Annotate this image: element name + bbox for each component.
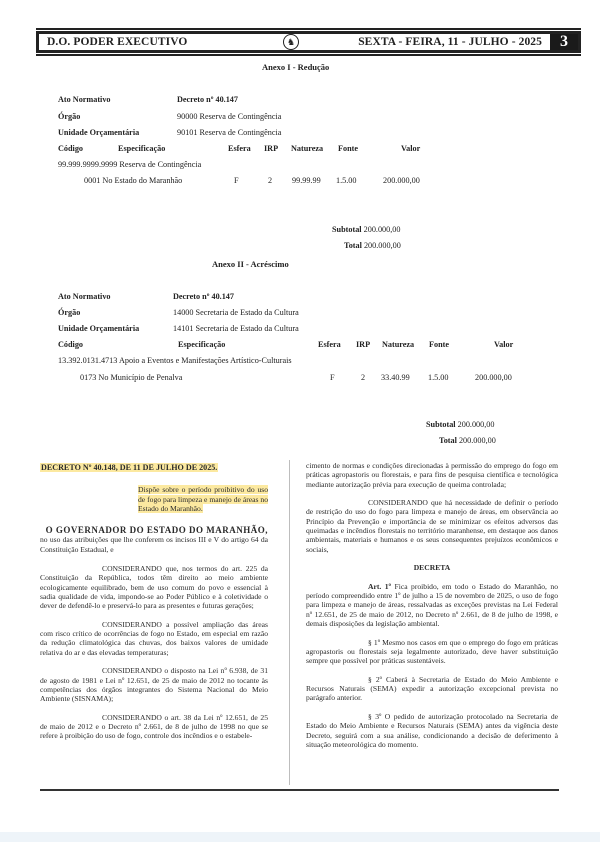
col-codigo: Código bbox=[58, 144, 83, 153]
paragraph-1: § 1º Mesmo nos casos em que o emprego do… bbox=[306, 638, 558, 666]
annex-2-ato-label: Ato Normativo bbox=[58, 292, 111, 301]
paragraph-3: § 3º O pedido de autorização protocolado… bbox=[306, 712, 558, 749]
annex-2-total: Total 200.000,00 bbox=[439, 436, 496, 445]
annex-2-title: Anexo II - Acréscimo bbox=[212, 259, 289, 269]
decree-title: DECRETO Nº 40.148, DE 11 DE JULHO DE 202… bbox=[40, 463, 218, 472]
subtotal-label: Subtotal bbox=[426, 420, 456, 429]
annex-1-subtotal: Subtotal 200.000,00 bbox=[332, 225, 400, 234]
row-esfera: F bbox=[234, 176, 239, 185]
governor-intro: no uso das atribuições que lhe conferem … bbox=[40, 535, 268, 553]
annex-1-orgao-value: 90000 Reserva de Contingência bbox=[177, 112, 281, 121]
page-header: D.O. PODER EXECUTIVO ♞ SEXTA - FEIRA, 11… bbox=[36, 31, 581, 53]
annex-2-unidade-value: 14101 Secretaria de Estado da Cultura bbox=[173, 324, 299, 333]
viewer-background bbox=[0, 832, 600, 842]
annex-2-ato-value: Decreto nº 40.147 bbox=[173, 292, 234, 301]
subtotal-value: 200.000,00 bbox=[458, 420, 495, 429]
col-codigo: Código bbox=[58, 340, 83, 349]
page-number: 3 bbox=[550, 34, 578, 50]
decree-left-column: DECRETO Nº 40.148, DE 11 DE JULHO DE 202… bbox=[40, 463, 268, 750]
col-fonte: Fonte bbox=[338, 144, 358, 153]
article-1-text: Fica proibido, em todo o Estado do Maran… bbox=[306, 582, 558, 628]
annex-2-group-line: 13.392.0131.4713 Apoio a Eventos e Manif… bbox=[58, 356, 292, 365]
considerando-3: CONSIDERANDO o disposto na Lei nº 6.938,… bbox=[40, 666, 268, 703]
considerando-1: CONSIDERANDO que, nos termos do art. 225… bbox=[40, 564, 268, 610]
decree-ementa: Dispõe sobre o período proibitivo do uso… bbox=[138, 485, 268, 513]
considerando-4-continuation: cimento de normas e condições direcionad… bbox=[306, 461, 558, 489]
annex-1-group-line: 99.999.9999.9999 Reserva de Contingência bbox=[58, 160, 201, 169]
col-especificacao: Especificação bbox=[118, 144, 165, 153]
annex-1-ato-value: Decreto nº 40.147 bbox=[177, 95, 238, 104]
row-irp: 2 bbox=[268, 176, 272, 185]
col-fonte: Fonte bbox=[429, 340, 449, 349]
subtotal-value: 200.000,00 bbox=[364, 225, 401, 234]
col-especificacao: Especificação bbox=[178, 340, 225, 349]
annex-1-ato-label: Ato Normativo bbox=[58, 95, 111, 104]
column-divider bbox=[289, 460, 290, 785]
row-esfera: F bbox=[330, 373, 335, 382]
row-valor: 200.000,00 bbox=[383, 176, 420, 185]
total-value: 200.000,00 bbox=[364, 241, 401, 250]
total-label: Total bbox=[344, 241, 362, 250]
col-valor: Valor bbox=[494, 340, 513, 349]
col-irp: IRP bbox=[356, 340, 370, 349]
row-fonte: 1.5.00 bbox=[428, 373, 448, 382]
col-natureza: Natureza bbox=[291, 144, 323, 153]
decree-right-column: cimento de normas e condições direcionad… bbox=[306, 461, 558, 759]
row-especificacao: 0173 No Município de Penalva bbox=[80, 373, 182, 382]
col-esfera: Esfera bbox=[228, 144, 251, 153]
considerando-4: CONSIDERANDO o art. 38 da Lei nº 12.651,… bbox=[40, 713, 268, 741]
decreta-heading: DECRETA bbox=[306, 563, 558, 572]
annex-1-total: Total 200.000,00 bbox=[344, 241, 401, 250]
col-valor: Valor bbox=[401, 144, 420, 153]
annex-2-subtotal: Subtotal 200.000,00 bbox=[426, 420, 494, 429]
row-natureza: 33.40.99 bbox=[381, 373, 410, 382]
considerando-5: CONSIDERANDO que há necessidade de defin… bbox=[306, 498, 558, 554]
paragraph-2: § 2º Caberá à Secretaria de Estado do Me… bbox=[306, 675, 558, 703]
row-valor: 200.000,00 bbox=[475, 373, 512, 382]
annex-2-unidade-label: Unidade Orçamentária bbox=[58, 324, 139, 333]
annex-1-orgao-label: Órgão bbox=[58, 112, 80, 121]
row-especificacao: 0001 No Estado do Maranhão bbox=[84, 176, 182, 185]
row-natureza: 99.99.99 bbox=[292, 176, 321, 185]
state-coat-of-arms-icon: ♞ bbox=[283, 34, 299, 50]
col-natureza: Natureza bbox=[382, 340, 414, 349]
total-label: Total bbox=[439, 436, 457, 445]
article-1-label: Art. 1º bbox=[368, 582, 391, 591]
annex-1-title: Anexo I - Redução bbox=[262, 62, 329, 72]
col-esfera: Esfera bbox=[318, 340, 341, 349]
annex-1-unidade-value: 90101 Reserva de Contingência bbox=[177, 128, 281, 137]
annex-1-unidade-label: Unidade Orçamentária bbox=[58, 128, 139, 137]
publication-date: SEXTA - FEIRA, 11 - JULHO - 2025 bbox=[358, 36, 550, 48]
row-irp: 2 bbox=[361, 373, 365, 382]
annex-2-orgao-label: Órgão bbox=[58, 308, 80, 317]
annex-2-orgao-value: 14000 Secretaria de Estado da Cultura bbox=[173, 308, 299, 317]
footer-rule bbox=[40, 789, 559, 791]
considerando-2: CONSIDERANDO a possível ampliação das ár… bbox=[40, 620, 268, 657]
subtotal-label: Subtotal bbox=[332, 225, 362, 234]
col-irp: IRP bbox=[264, 144, 278, 153]
total-value: 200.000,00 bbox=[459, 436, 496, 445]
governor-heading: O GOVERNADOR DO ESTADO DO MARANHÃO, bbox=[40, 526, 268, 535]
publication-name: D.O. PODER EXECUTIVO bbox=[39, 36, 358, 48]
article-1: Art. 1º Fica proibido, em todo o Estado … bbox=[306, 582, 558, 628]
row-fonte: 1.5.00 bbox=[336, 176, 356, 185]
document-page: D.O. PODER EXECUTIVO ♞ SEXTA - FEIRA, 11… bbox=[0, 0, 600, 832]
